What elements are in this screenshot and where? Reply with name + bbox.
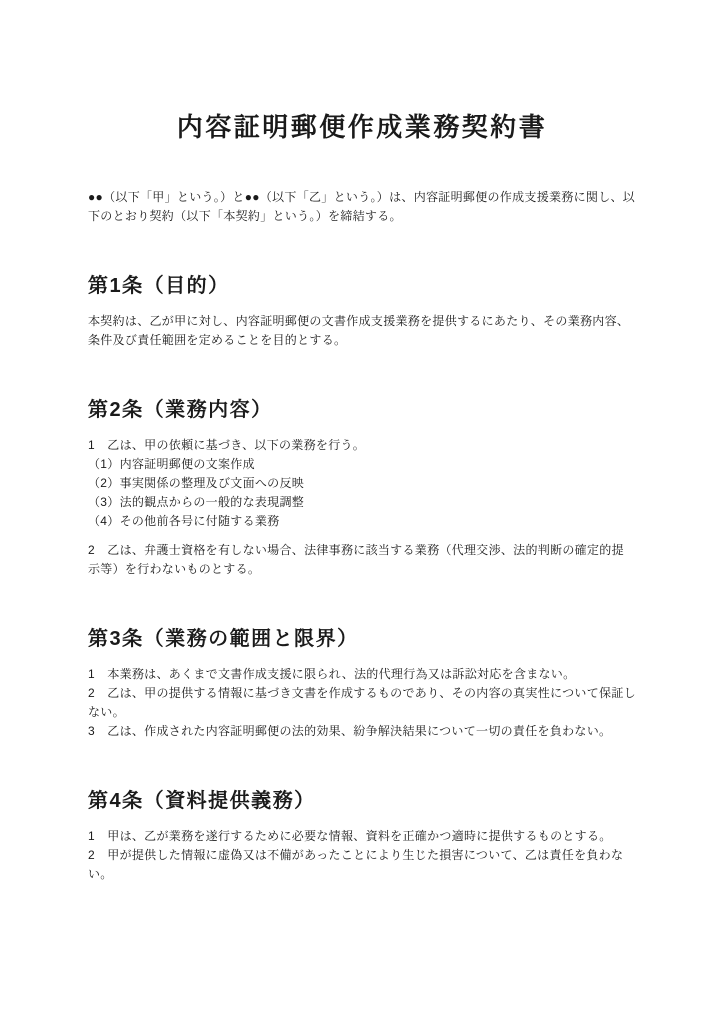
article-2-clause-2: 2 乙は、弁護士資格を有しない場合、法律事務に該当する業務（代理交渉、法的判断の… bbox=[88, 541, 636, 579]
article-2-clause-1: 1 乙は、甲の依頼に基づき、以下の業務を行う。 （1）内容証明郵便の文案作成 （… bbox=[88, 436, 636, 531]
article-4-body: 1 甲は、乙が業務を遂行するために必要な情報、資料を正確かつ適時に提供するものと… bbox=[88, 827, 636, 884]
document-title: 内容証明郵便作成業務契約書 bbox=[88, 110, 636, 144]
clause-line: 2 甲が提供した情報に虚偽又は不備があったことにより生じた損害について、乙は責任… bbox=[88, 846, 636, 884]
article-1: 第1条（目的） 本契約は、乙が甲に対し、内容証明郵便の文書作成支援業務を提供する… bbox=[88, 274, 636, 350]
clause-line: （2）事実関係の整理及び文面への反映 bbox=[88, 474, 636, 493]
clause-line: 2 乙は、甲の提供する情報に基づき文書を作成するものであり、その内容の真実性につ… bbox=[88, 684, 636, 722]
article-2-heading: 第2条（業務内容） bbox=[88, 398, 636, 422]
article-4: 第4条（資料提供義務） 1 甲は、乙が業務を遂行するために必要な情報、資料を正確… bbox=[88, 789, 636, 884]
clause-line: 1 甲は、乙が業務を遂行するために必要な情報、資料を正確かつ適時に提供するものと… bbox=[88, 827, 636, 846]
article-1-body: 本契約は、乙が甲に対し、内容証明郵便の文書作成支援業務を提供するにあたり、その業… bbox=[88, 312, 636, 350]
article-3: 第3条（業務の範囲と限界） 1 本業務は、あくまで文書作成支援に限られ、法的代理… bbox=[88, 627, 636, 741]
preamble-text: ●●（以下「甲」という。）と●●（以下「乙」という。）は、内容証明郵便の作成支援… bbox=[88, 188, 636, 226]
article-1-heading: 第1条（目的） bbox=[88, 274, 636, 298]
clause-line: 3 乙は、作成された内容証明郵便の法的効果、紛争解決結果について一切の責任を負わ… bbox=[88, 722, 636, 741]
clause-line: （4）その他前各号に付随する業務 bbox=[88, 512, 636, 531]
contract-document-page: 内容証明郵便作成業務契約書 ●●（以下「甲」という。）と●●（以下「乙」という。… bbox=[0, 0, 724, 1024]
clause-line: 本契約は、乙が甲に対し、内容証明郵便の文書作成支援業務を提供するにあたり、その業… bbox=[88, 312, 636, 350]
clause-line: 1 乙は、甲の依頼に基づき、以下の業務を行う。 bbox=[88, 436, 636, 455]
article-3-heading: 第3条（業務の範囲と限界） bbox=[88, 627, 636, 651]
preamble: ●●（以下「甲」という。）と●●（以下「乙」という。）は、内容証明郵便の作成支援… bbox=[88, 188, 636, 226]
article-2: 第2条（業務内容） 1 乙は、甲の依頼に基づき、以下の業務を行う。 （1）内容証… bbox=[88, 398, 636, 579]
clause-line: 2 乙は、弁護士資格を有しない場合、法律事務に該当する業務（代理交渉、法的判断の… bbox=[88, 541, 636, 579]
article-3-body: 1 本業務は、あくまで文書作成支援に限られ、法的代理行為又は訴訟対応を含まない。… bbox=[88, 665, 636, 741]
clause-line: 1 本業務は、あくまで文書作成支援に限られ、法的代理行為又は訴訟対応を含まない。 bbox=[88, 665, 636, 684]
clause-line: （3）法的観点からの一般的な表現調整 bbox=[88, 493, 636, 512]
article-4-heading: 第4条（資料提供義務） bbox=[88, 789, 636, 813]
clause-line: （1）内容証明郵便の文案作成 bbox=[88, 455, 636, 474]
